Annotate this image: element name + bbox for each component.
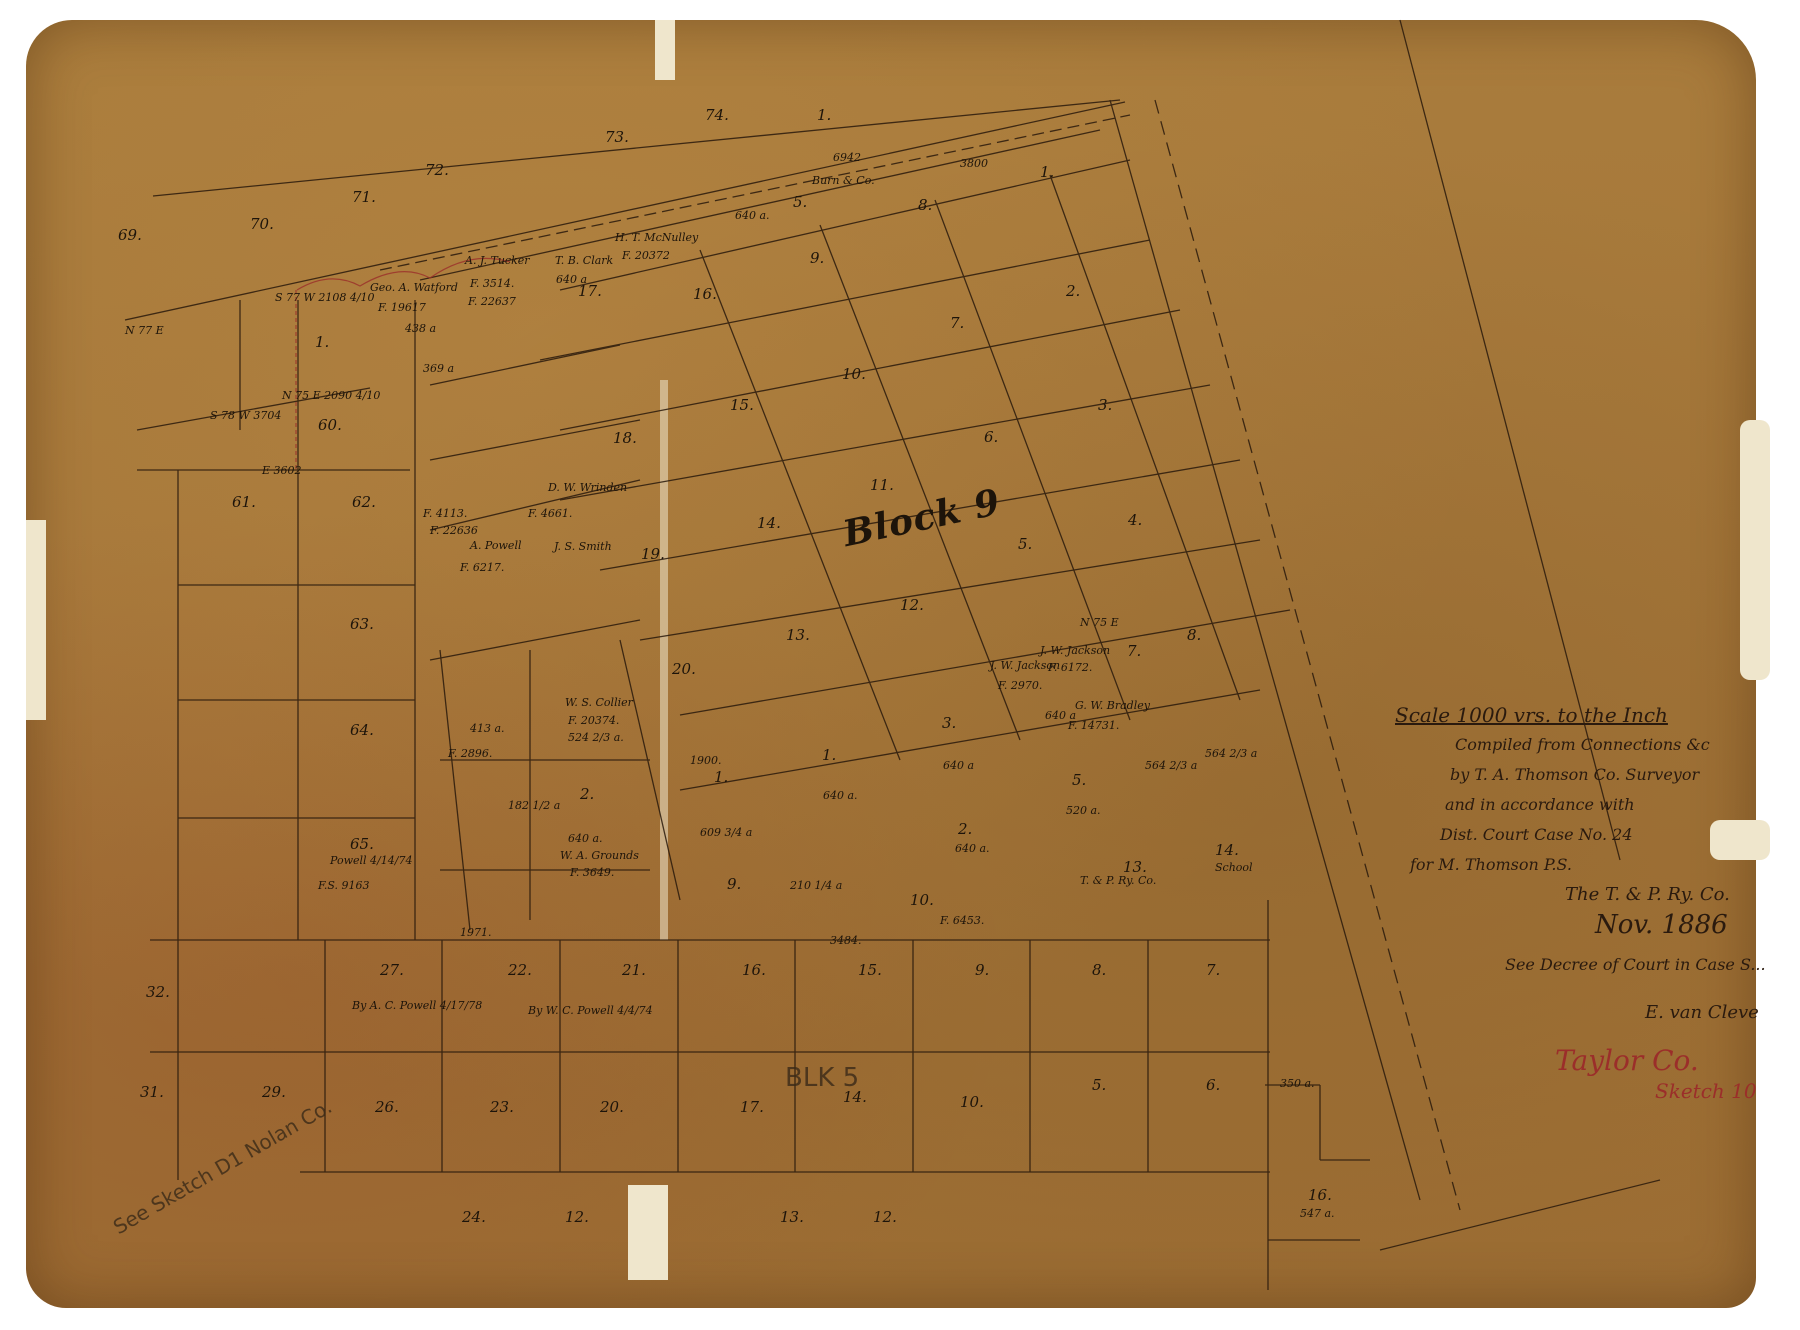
section-number: 1. (822, 748, 836, 763)
section-number: 1. (714, 770, 728, 785)
section-number: 23. (490, 1100, 514, 1115)
parcel-annotation: F. 6172. (1048, 662, 1092, 673)
section-number: 5. (1092, 1078, 1106, 1093)
parcel-annotation: 640 a. (568, 833, 603, 844)
parcel-annotation: G. W. Bradley (1075, 700, 1150, 711)
section-number: 24. (462, 1210, 486, 1225)
compiled-line-1: Compiled from Connections &c (1455, 730, 1766, 760)
section-number: 10. (910, 893, 934, 908)
bearing-label: 3800 (960, 158, 988, 169)
section-number: 72. (425, 163, 449, 178)
section-number: 14. (757, 516, 781, 531)
parcel-annotation: F. 22636 (430, 525, 478, 536)
section-number: 9. (727, 877, 741, 892)
section-number: 32. (146, 985, 170, 1000)
bearing-label: E 3602 (262, 465, 302, 476)
parcel-annotation: 640 a. (955, 843, 990, 854)
section-number: 3. (942, 716, 956, 731)
map-date: Nov. 1886 (1595, 910, 1766, 940)
section-number: 69. (118, 228, 142, 243)
section-number: 64. (350, 723, 374, 738)
section-number: 4. (1128, 513, 1142, 528)
parcel-annotation: F. 6453. (940, 915, 984, 926)
section-number: 8. (1092, 963, 1106, 978)
parcel-annotation: 640 a. (735, 210, 770, 221)
parcel-annotation: 438 a (405, 323, 436, 334)
section-number: 6. (984, 430, 998, 445)
section-number: 63. (350, 617, 374, 632)
section-number: 8. (918, 198, 932, 213)
decree-note: See Decree of Court in Case S... (1505, 950, 1766, 980)
parcel-annotation: By W. C. Powell 4/4/74 (528, 1005, 653, 1016)
parcel-annotation: A. J. Tucker (465, 255, 530, 266)
section-number: 1. (315, 335, 329, 350)
parcel-annotation: F. 20372 (622, 250, 670, 261)
section-number: 17. (578, 284, 602, 299)
bearing-label: N 75 E 2090 4/10 (282, 390, 380, 401)
section-number: 60. (318, 418, 342, 433)
parcel-annotation: W. S. Collier (565, 697, 633, 708)
section-number: 5. (1018, 537, 1032, 552)
parcel-annotation: F. 3649. (570, 867, 614, 878)
compiled-line-3: and in accordance with (1445, 790, 1766, 820)
parcel-annotation: F. 3514. (470, 278, 514, 289)
section-number: 12. (873, 1210, 897, 1225)
section-number: 74. (705, 108, 729, 123)
section-number: 19. (641, 547, 665, 562)
section-number: 20. (672, 662, 696, 677)
compiled-line-5: for M. Thomson P.S. (1410, 850, 1766, 880)
section-number: 11. (870, 478, 894, 493)
parcel-annotation: F.S. 9163 (318, 880, 370, 891)
parcel-annotation: 640 a. (823, 790, 858, 801)
parcel-annotation: F. 4113. (423, 508, 467, 519)
parcel-annotation: F. 2896. (448, 748, 492, 759)
section-number: 7. (1206, 963, 1220, 978)
section-number: 6. (1206, 1078, 1220, 1093)
section-number: 21. (622, 963, 646, 978)
section-number: 17. (740, 1100, 764, 1115)
parcel-annotation: 609 3/4 a (700, 827, 752, 838)
parcel-annotation: 210 1/4 a (790, 880, 842, 891)
section-number: 62. (352, 495, 376, 510)
parcel-annotation: F. 22637 (468, 296, 516, 307)
parcel-annotation: Burn & Co. (812, 175, 875, 186)
bearing-label: S 78 W 3704 (210, 410, 281, 421)
section-number: 15. (858, 963, 882, 978)
company-name: The T. & P. Ry. Co. (1565, 880, 1766, 910)
parcel-annotation: 520 a. (1066, 805, 1101, 816)
section-number: 16. (693, 287, 717, 302)
parcel-annotation: Geo. A. Watford (370, 282, 458, 293)
section-number: 15. (730, 398, 754, 413)
bearing-label: N 77 E (125, 325, 164, 336)
section-number: 14. (1215, 843, 1239, 858)
scale-label: Scale 1000 vrs. to the Inch (1395, 700, 1766, 730)
section-number: 13. (786, 628, 810, 643)
parcel-annotation: 564 2/3 a (1205, 748, 1257, 759)
parcel-annotation: 182 1/2 a (508, 800, 560, 811)
parcel-annotation: 413 a. (470, 723, 505, 734)
parcel-annotation: D. W. Wrinden (548, 482, 627, 493)
section-number: 70. (250, 217, 274, 232)
parcel-annotation: F. 6217. (460, 562, 504, 573)
section-number: 16. (1308, 1188, 1332, 1203)
section-number: 9. (975, 963, 989, 978)
section-number: 2. (1066, 284, 1080, 299)
compiled-line-4: Dist. Court Case No. 24 (1440, 820, 1766, 850)
section-number: 18. (613, 431, 637, 446)
section-number: 16. (742, 963, 766, 978)
section-number: 12. (900, 598, 924, 613)
bearing-label: S 77 W 2108 4/10 (275, 292, 375, 303)
bearing-label: 1971. (460, 927, 492, 938)
map-legend: Scale 1000 vrs. to the Inch Compiled fro… (1395, 700, 1766, 1106)
section-number: 5. (793, 195, 807, 210)
section-number: 65. (350, 837, 374, 852)
section-number: 5. (1072, 773, 1086, 788)
parcel-annotation: By A. C. Powell 4/17/78 (352, 1000, 482, 1011)
parcel-annotation: F. 2970. (998, 680, 1042, 691)
bearing-label: N 75 E (1080, 617, 1119, 628)
section-number: 27. (380, 963, 404, 978)
section-number: 1. (817, 108, 831, 123)
parcel-annotation: F. 20374. (568, 715, 619, 726)
section-number: 10. (960, 1095, 984, 1110)
section-number: 13. (1123, 860, 1147, 875)
section-number: 7. (950, 316, 964, 331)
section-number: 13. (780, 1210, 804, 1225)
section-number: 22. (508, 963, 532, 978)
section-number: 26. (375, 1100, 399, 1115)
section-number: 8. (1187, 628, 1201, 643)
section-number: 73. (605, 130, 629, 145)
parcel-annotation: 564 2/3 a (1145, 760, 1197, 771)
section-number: 3. (1098, 398, 1112, 413)
parcel-annotation: H. T. McNulley (615, 232, 698, 243)
section-number: 2. (958, 822, 972, 837)
section-number: 12. (565, 1210, 589, 1225)
bearing-label: 6942 (833, 152, 861, 163)
parcel-annotation: T. & P. Ry. Co. (1080, 875, 1156, 886)
parcel-annotation: 350 a. (1280, 1078, 1315, 1089)
section-number: 31. (140, 1085, 164, 1100)
parcel-annotation: J. W. Jackson (1040, 645, 1110, 656)
section-number: 1. (1040, 165, 1054, 180)
compiled-line-2: by T. A. Thomson Co. Surveyor (1450, 760, 1766, 790)
bearing-label: 1900. (690, 755, 722, 766)
section-number: 61. (232, 495, 256, 510)
parcel-annotation: T. B. Clark (555, 255, 613, 266)
parcel-annotation: F. 4661. (528, 508, 572, 519)
section-number: 29. (262, 1085, 286, 1100)
parcel-annotation: J. S. Smith (554, 541, 612, 552)
parcel-annotation: Powell 4/14/74 (330, 855, 412, 866)
parcel-annotation: 640 a (556, 274, 587, 285)
parcel-annotation: A. Powell (470, 540, 521, 551)
section-number: 20. (600, 1100, 624, 1115)
parcel-annotation: F. 19617 (378, 302, 426, 313)
parcel-annotation: 369 a (423, 363, 454, 374)
parcel-annotation: 524 2/3 a. (568, 732, 624, 743)
parcel-annotation: School (1215, 862, 1253, 873)
section-number: 71. (352, 190, 376, 205)
section-number: 10. (842, 367, 866, 382)
parcel-annotation: 547 a. (1300, 1208, 1335, 1219)
sketch-label: Sketch 10 (1655, 1076, 1766, 1106)
section-number: 7. (1127, 644, 1141, 659)
block5-label: BLK 5 (785, 1065, 859, 1091)
parcel-annotation: F. 14731. (1068, 720, 1119, 731)
parcel-annotation: W. A. Grounds (560, 850, 639, 861)
section-number: 2. (580, 787, 594, 802)
parcel-annotation: 640 a (943, 760, 974, 771)
surveyor-signature: E. van Cleve (1645, 998, 1766, 1028)
bearing-label: 3484. (830, 935, 862, 946)
county-label: Taylor Co. (1555, 1046, 1766, 1076)
section-number: 9. (810, 251, 824, 266)
